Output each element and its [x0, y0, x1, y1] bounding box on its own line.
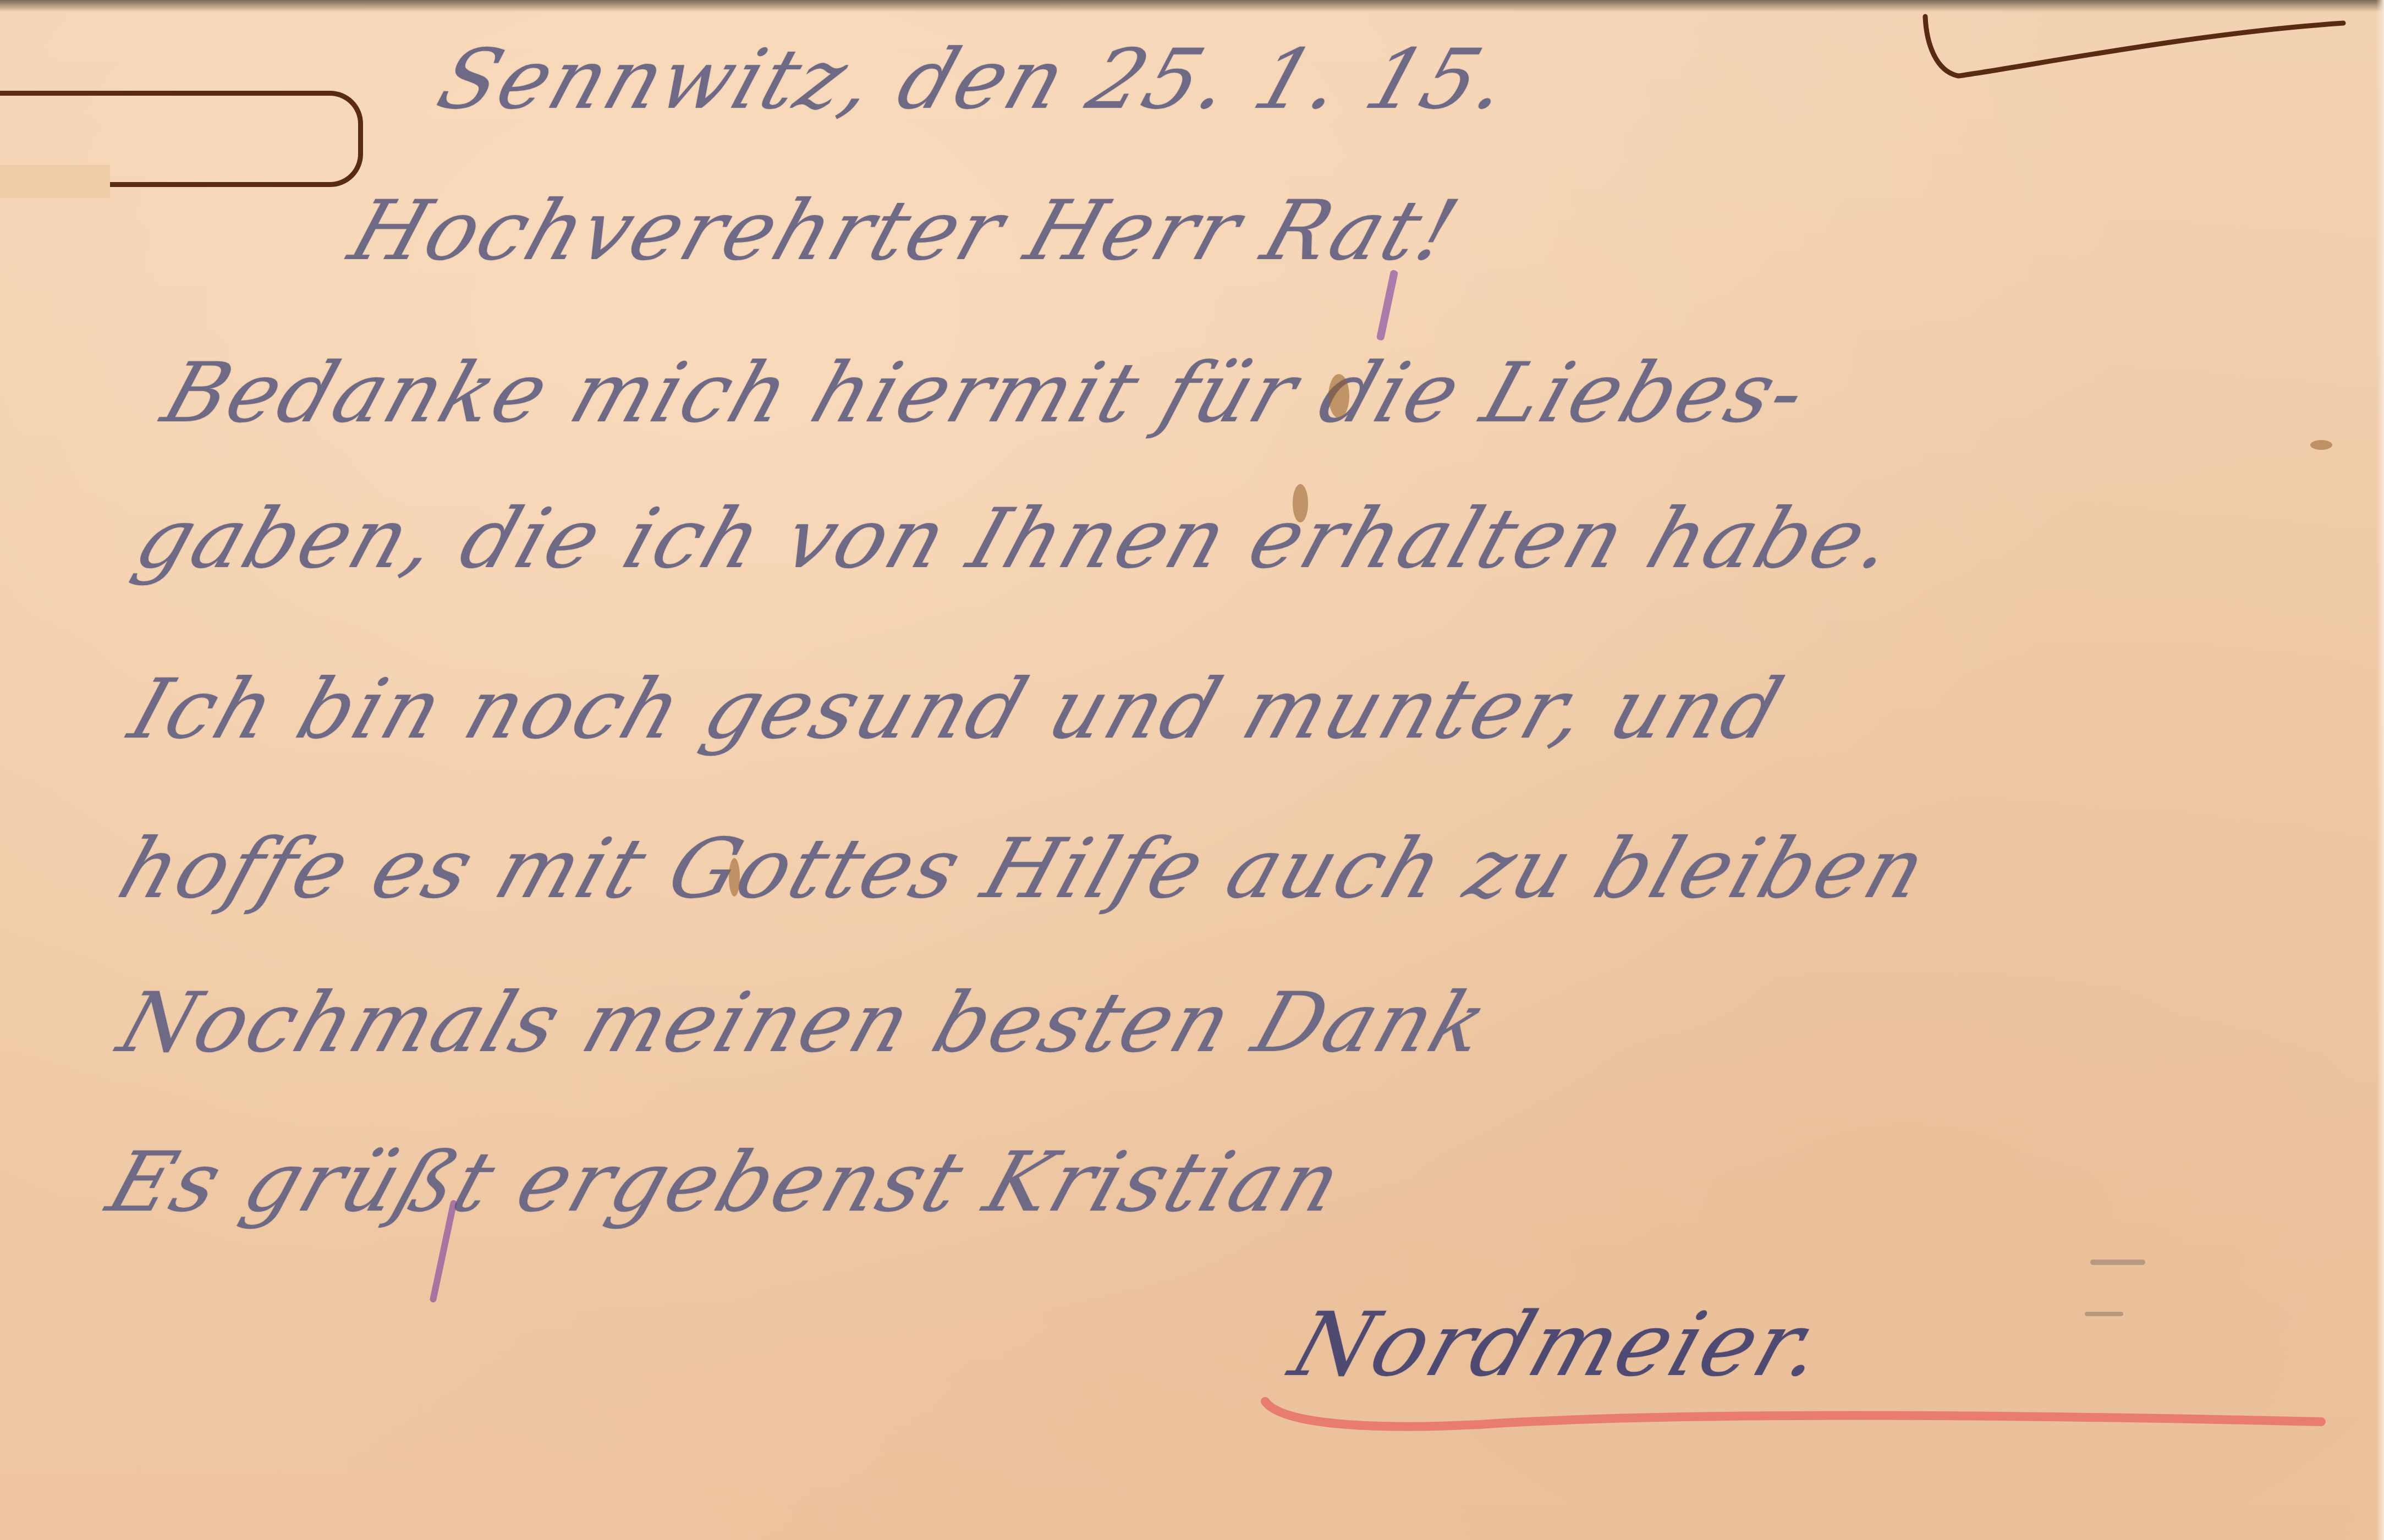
date-line: Sennwitz, den 25. 1. 15.	[429, 38, 1521, 121]
body-line: Ich bin noch gesund und munter, und	[121, 668, 1793, 751]
paper-top-edge	[0, 0, 2384, 12]
stain-mark	[1293, 484, 1308, 522]
pencil-smudge	[2090, 1259, 2145, 1265]
stain-mark	[729, 858, 740, 897]
body-line: Nochmals meinen besten Dank	[110, 982, 1498, 1064]
body-line: Bedanke mich hiermit für die Liebes-	[154, 352, 1817, 435]
left-bracket-gap	[0, 165, 110, 198]
body-line: hoffe es mit Gottes Hilfe auch zu bleibe…	[110, 828, 1937, 910]
body-line: gaben, die ich von Ihnen erhalten habe.	[127, 498, 1906, 580]
paper-right-edge	[2376, 0, 2384, 1540]
signature: Nordmeier.	[1282, 1301, 1837, 1389]
postcard: Sennwitz, den 25. 1. 15. Hochverehrter H…	[0, 0, 2384, 1540]
pencil-smudge	[2085, 1312, 2123, 1316]
stain-mark	[2310, 440, 2332, 450]
right-corner-mark	[1920, 11, 2349, 82]
stain-mark	[1328, 374, 1349, 418]
salutation: Hochverehrter Herr Rat!	[341, 190, 1469, 272]
closing-line: Es grüßt ergebenst Kristian	[99, 1141, 1352, 1224]
purple-pencil-mark	[1376, 269, 1399, 341]
signature-underline	[1260, 1397, 2332, 1436]
